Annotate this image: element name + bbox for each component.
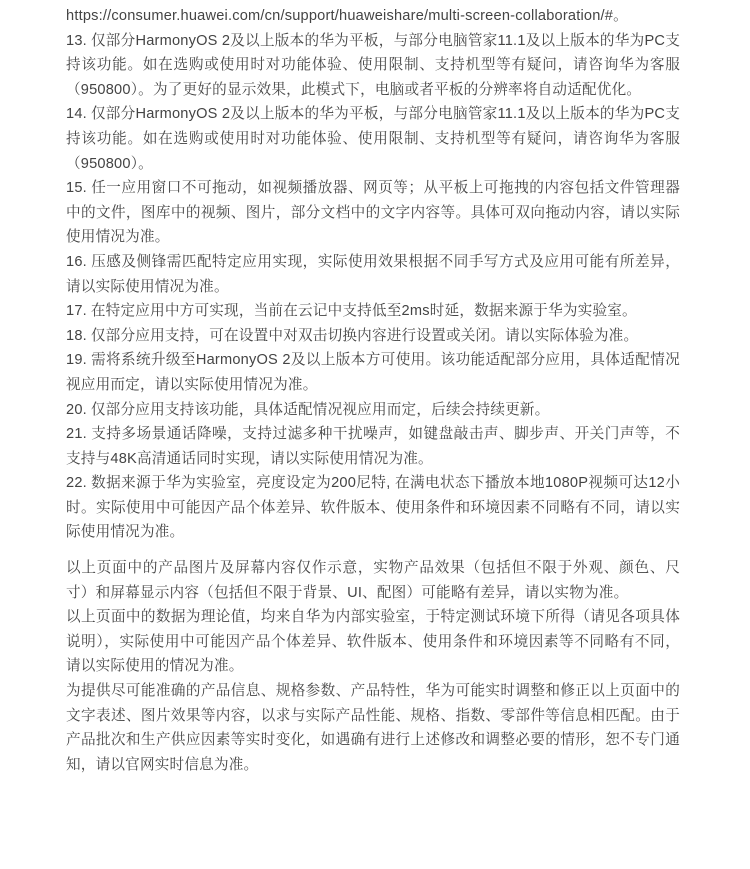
footnote-item: 19.需将系统升级至HarmonyOS 2及以上版本方可使用。该功能适配部分应用… (66, 348, 680, 397)
footnote-text: 任一应用窗口不可拖动，如视频播放器、网页等；从平板上可拖拽的内容包括文件管理器中… (66, 180, 680, 245)
footnote-list: 13.仅部分HarmonyOS 2及以上版本的华为平板，与部分电脑管家11.1及… (66, 29, 680, 545)
footnote-text: 压感及侧锋需匹配特定应用实现，实际使用效果根据不同手写方式及应用可能有所差异，请… (66, 254, 680, 295)
footnote-number: 13. (66, 33, 87, 49)
footnote-text: 仅部分应用支持，可在设置中对双击切换内容进行设置或关闭。请以实际体验为准。 (91, 328, 638, 344)
footnote-text: 需将系统升级至HarmonyOS 2及以上版本方可使用。该功能适配部分应用，具体… (66, 352, 680, 393)
disclaimer-paragraph: 以上页面中的数据为理论值，均来自华为内部实验室，于特定测试环境下所得（请见各项具… (66, 605, 680, 679)
footnote-number: 14. (66, 106, 87, 122)
page-body: { "page": { "background_color": "#ffffff… (0, 0, 750, 869)
footnote-item: 15.任一应用窗口不可拖动，如视频播放器、网页等；从平板上可拖拽的内容包括文件管… (66, 176, 680, 250)
footnote-number: 22. (66, 475, 87, 491)
footnote-text: 在特定应用中方可实现，当前在云记中支持低至2ms时延，数据来源于华为实验室。 (91, 303, 637, 319)
disclaimer-paragraph: 以上页面中的产品图片及屏幕内容仅作示意，实物产品效果（包括但不限于外观、颜色、尺… (66, 556, 680, 605)
footnote-number: 16. (66, 254, 87, 270)
footnote-item: 22.数据来源于华为实验室，亮度设定为200尼特, 在满电状态下播放本地1080… (66, 471, 680, 545)
footnote-url-text: https://consumer.huawei.com/cn/support/h… (66, 8, 628, 24)
footnote-number: 18. (66, 328, 87, 344)
disclaimer-list: 以上页面中的产品图片及屏幕内容仅作示意，实物产品效果（包括但不限于外观、颜色、尺… (66, 556, 680, 777)
footnotes-section: https://consumer.huawei.com/cn/support/h… (0, 0, 750, 777)
footnote-text: 数据来源于华为实验室，亮度设定为200尼特, 在满电状态下播放本地1080P视频… (66, 475, 680, 540)
footnote-number: 17. (66, 303, 87, 319)
footnote-number: 21. (66, 426, 87, 442)
footnote-item: 20.仅部分应用支持该功能，具体适配情况视应用而定，后续会持续更新。 (66, 398, 680, 423)
footnote-continuation-line: https://consumer.huawei.com/cn/support/h… (66, 4, 680, 29)
footnote-text: 仅部分HarmonyOS 2及以上版本的华为平板，与部分电脑管家11.1及以上版… (66, 33, 680, 98)
footnote-text: 仅部分应用支持该功能，具体适配情况视应用而定，后续会持续更新。 (91, 402, 550, 418)
footnote-number: 20. (66, 402, 87, 418)
footnote-text: 仅部分HarmonyOS 2及以上版本的华为平板，与部分电脑管家11.1及以上版… (66, 106, 680, 171)
footnote-number: 15. (66, 180, 87, 196)
footnote-item: 16.压感及侧锋需匹配特定应用实现，实际使用效果根据不同手写方式及应用可能有所差… (66, 250, 680, 299)
footnote-item: 17.在特定应用中方可实现，当前在云记中支持低至2ms时延，数据来源于华为实验室… (66, 299, 680, 324)
footnote-number: 19. (66, 352, 87, 368)
disclaimer-paragraph: 为提供尽可能准确的产品信息、规格参数、产品特性，华为可能实时调整和修正以上页面中… (66, 679, 680, 777)
footnote-item: 14.仅部分HarmonyOS 2及以上版本的华为平板，与部分电脑管家11.1及… (66, 102, 680, 176)
footnote-item: 21.支持多场景通话降噪，支持过滤多种干扰噪声，如键盘敲击声、脚步声、开关门声等… (66, 422, 680, 471)
footnote-item: 13.仅部分HarmonyOS 2及以上版本的华为平板，与部分电脑管家11.1及… (66, 29, 680, 103)
footnote-text: 支持多场景通话降噪，支持过滤多种干扰噪声，如键盘敲击声、脚步声、开关门声等，不支… (66, 426, 680, 467)
footnote-item: 18.仅部分应用支持，可在设置中对双击切换内容进行设置或关闭。请以实际体验为准。 (66, 324, 680, 349)
